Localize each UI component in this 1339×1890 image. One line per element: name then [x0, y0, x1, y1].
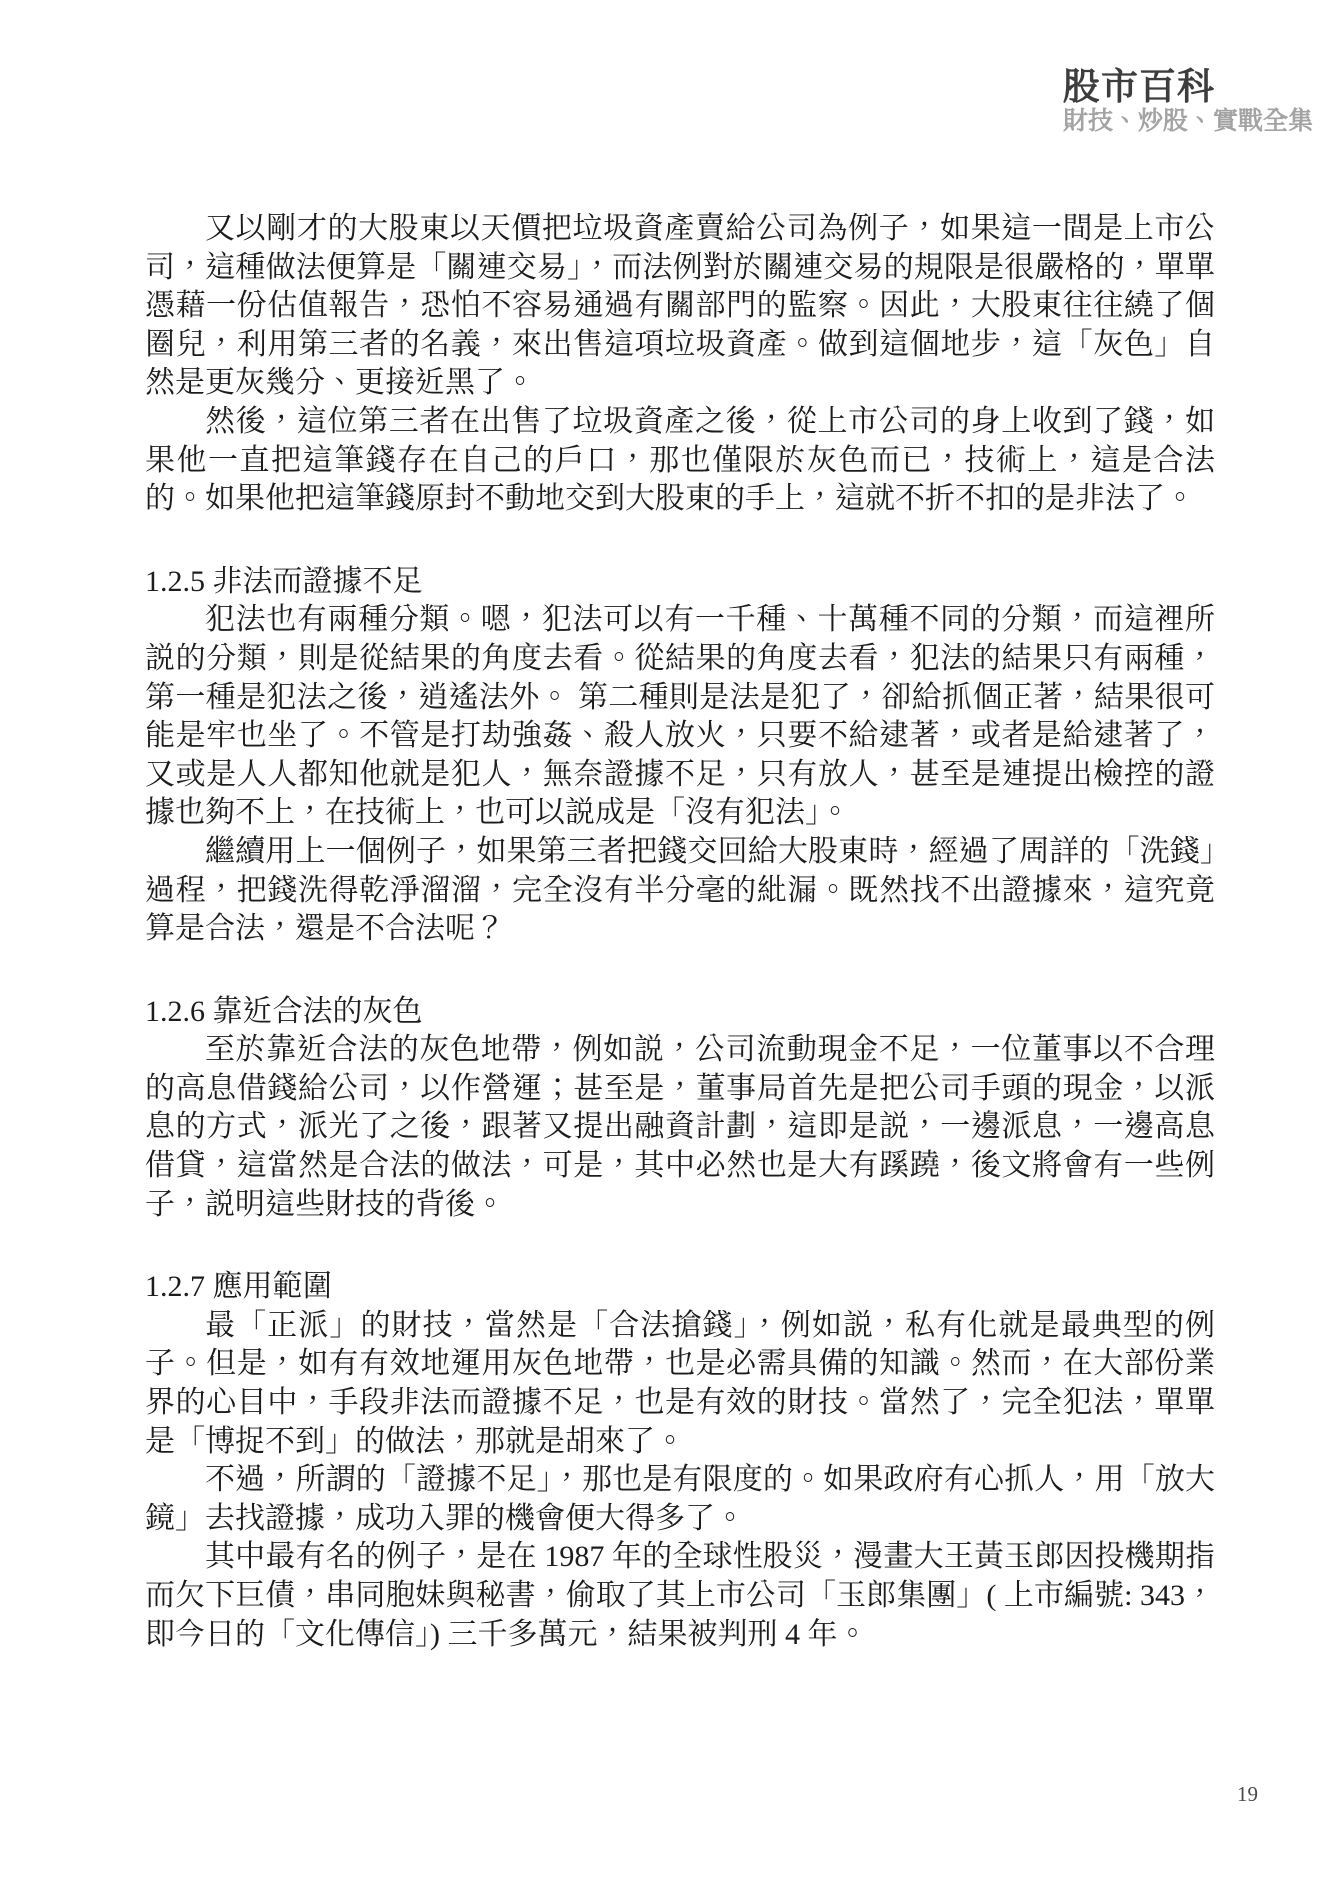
section-heading-1-2-5: 1.2.5 非法而證據不足	[145, 563, 1215, 602]
page-number: 19	[1237, 1782, 1258, 1807]
paragraph-crime-categories: 犯法也有兩種分類。嗯，犯法可以有一千種、十萬種不同的分類，而這裡所説的分類，則是…	[145, 601, 1215, 833]
paragraph-1987-example: 其中最有名的例子，是在 1987 年的全球性股災，漫畫大王黃玉郎因投機期指而欠下…	[145, 1538, 1215, 1654]
section-heading-1-2-6: 1.2.6 靠近合法的灰色	[145, 993, 1215, 1032]
paragraph-insufficient-evidence-limit: 不過，所謂的「證據不足」，那也是有限度的。如果政府有心抓人，用「放大鏡」去找證據…	[145, 1461, 1215, 1538]
page-header: 股市百科 財技、炒股、實戰全集	[1063, 68, 1313, 134]
section-heading-1-2-7: 1.2.7 應用範圍	[145, 1268, 1215, 1307]
page-content: 又以剛才的大股東以天價把垃圾資產賣給公司為例子，如果這一間是上市公司，這種做法便…	[145, 210, 1215, 1654]
paragraph-application-scope: 最「正派」的財技，當然是「合法搶錢」，例如説，私有化就是最典型的例子。但是，如有…	[145, 1307, 1215, 1461]
brand-subtitle: 財技、炒股、實戰全集	[1063, 109, 1313, 134]
paragraph-related-transaction: 又以剛才的大股東以天價把垃圾資產賣給公司為例子，如果這一間是上市公司，這種做法便…	[145, 210, 1215, 403]
paragraph-grey-area: 至於靠近合法的灰色地帶，例如説，公司流動現金不足，一位董事以不合理的高息借錢給公…	[145, 1031, 1215, 1224]
paragraph-third-party: 然後，這位第三者在出售了垃圾資產之後，從上市公司的身上收到了錢，如果他一直把這筆…	[145, 403, 1215, 519]
book-page: 股市百科 財技、炒股、實戰全集 又以剛才的大股東以天價把垃圾資產賣給公司為例子，…	[0, 0, 1339, 1890]
brand-title: 股市百科	[1063, 68, 1313, 105]
paragraph-money-laundering: 繼續用上一個例子，如果第三者把錢交回給大股東時，經過了周詳的「洗錢」過程，把錢洗…	[145, 833, 1215, 949]
